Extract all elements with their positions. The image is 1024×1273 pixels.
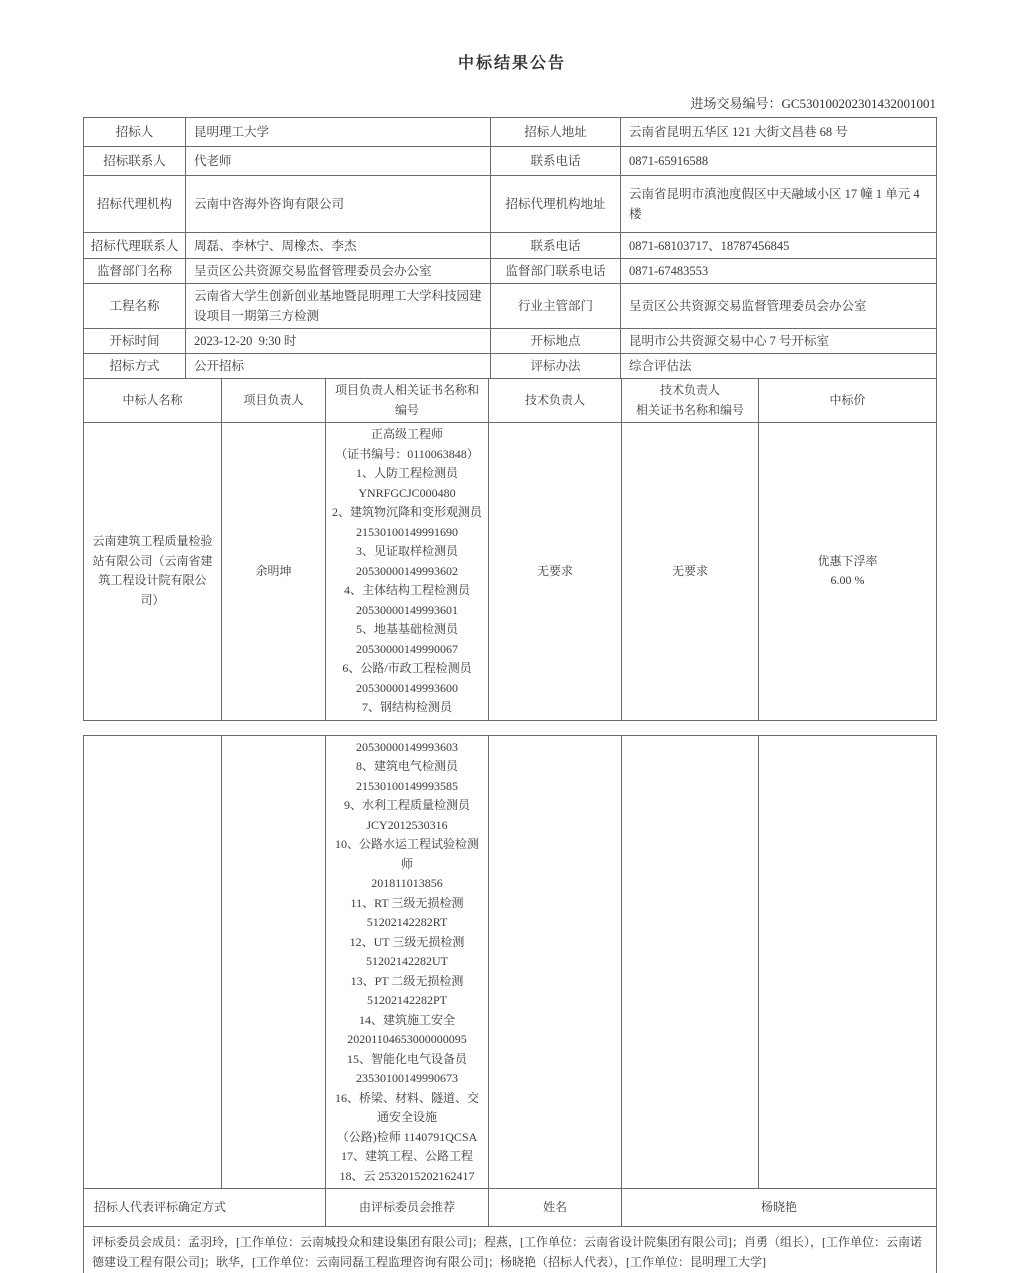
info-value: 呈贡区公共资源交易监督管理委员会办公室	[621, 284, 937, 329]
winner-name-continued	[84, 735, 222, 1189]
bid-result-table: 中标人名称 项目负责人 项目负责人相关证书名称和编号 技术负责人 技术负责人 相…	[83, 378, 937, 721]
info-value: 0871-67483553	[621, 259, 937, 284]
info-value: 云南中咨海外咨询有限公司	[186, 176, 491, 233]
info-row: 监督部门名称 呈贡区公共资源交易监督管理委员会办公室 监督部门联系电话 0871…	[84, 259, 937, 284]
info-value: 代老师	[186, 147, 491, 176]
info-label: 开标地点	[491, 329, 621, 354]
info-row: 招标联系人 代老师 联系电话 0871-65916588	[84, 147, 937, 176]
page-break-gap	[0, 721, 1024, 735]
info-label: 行业主管部门	[491, 284, 621, 329]
col-header-bid-price: 中标价	[759, 379, 937, 423]
bid-price: 优惠下浮率 6.00 %	[759, 423, 937, 721]
winner-row-continued: 20530000149993603 8、建筑电气检测员 215301001499…	[84, 735, 937, 1189]
method-value: 由评标委员会推荐	[326, 1189, 489, 1227]
determination-method-row: 招标人代表评标确定方式 由评标委员会推荐 姓名 杨晓艳	[84, 1189, 937, 1227]
committee-row: 评标委员会成员：孟羽玲，[工作单位：云南城投众和建设集团有限公司]；程燕，[工作…	[84, 1227, 937, 1273]
info-value: 周磊、李林宁、周橡杰、李杰	[186, 233, 491, 259]
bid-price-continued	[759, 735, 937, 1189]
col-header-tech-certificate: 技术负责人 相关证书名称和编号	[622, 379, 759, 423]
info-value: 0871-68103717、18787456845	[621, 233, 937, 259]
info-label: 开标时间	[84, 329, 186, 354]
trade-number: 进场交易编号：GC530100202301432001001	[83, 93, 936, 112]
committee-members: 评标委员会成员：孟羽玲，[工作单位：云南城投众和建设集团有限公司]；程燕，[工作…	[84, 1227, 937, 1273]
name-label: 姓名	[489, 1189, 622, 1227]
info-label: 工程名称	[84, 284, 186, 329]
tech-certificates: 无要求	[622, 423, 759, 721]
col-header-project-manager: 项目负责人	[222, 379, 326, 423]
info-label: 监督部门联系电话	[491, 259, 621, 284]
info-label: 招标人地址	[491, 118, 621, 147]
name-value: 杨晓艳	[622, 1189, 937, 1227]
info-label: 联系电话	[491, 233, 621, 259]
info-value: 云南省大学生创新创业基地暨昆明理工大学科技园建设项目一期第三方检测	[186, 284, 491, 329]
col-header-pm-certificate: 项目负责人相关证书名称和编号	[326, 379, 489, 423]
winner-row: 云南建筑工程质量检验站有限公司（云南省建筑工程设计院有限公司） 余明坤 正高级工…	[84, 423, 937, 721]
info-label: 招标方式	[84, 354, 186, 379]
info-value: 云南省昆明五华区 121 大街文昌巷 68 号	[621, 118, 937, 147]
info-label: 招标人	[84, 118, 186, 147]
info-value: 昆明理工大学	[186, 118, 491, 147]
col-header-winner: 中标人名称	[84, 379, 222, 423]
project-manager-continued	[222, 735, 326, 1189]
tech-manager-continued	[489, 735, 622, 1189]
pm-certificates-continued: 20530000149993603 8、建筑电气检测员 215301001499…	[326, 735, 489, 1189]
tech-certificates-continued	[622, 735, 759, 1189]
info-value: 2023-12-20 9:30 时	[186, 329, 491, 354]
col-header-tech-manager: 技术负责人	[489, 379, 622, 423]
info-label: 评标办法	[491, 354, 621, 379]
info-row: 工程名称 云南省大学生创新创业基地暨昆明理工大学科技园建设项目一期第三方检测 行…	[84, 284, 937, 329]
pm-certificates: 正高级工程师 （证书编号：0110063848） 1、人防工程检测员 YNRFG…	[326, 423, 489, 721]
info-value: 呈贡区公共资源交易监督管理委员会办公室	[186, 259, 491, 284]
tech-manager: 无要求	[489, 423, 622, 721]
info-value: 0871-65916588	[621, 147, 937, 176]
info-table: 招标人 昆明理工大学 招标人地址 云南省昆明五华区 121 大街文昌巷 68 号…	[83, 117, 937, 379]
info-label: 联系电话	[491, 147, 621, 176]
info-value: 公开招标	[186, 354, 491, 379]
info-row: 开标时间 2023-12-20 9:30 时 开标地点 昆明市公共资源交易中心 …	[84, 329, 937, 354]
bid-result-table-continued: 20530000149993603 8、建筑电气检测员 215301001499…	[83, 735, 937, 1273]
document-page: 中标结果公告 进场交易编号：GC530100202301432001001 招标…	[0, 0, 1024, 1273]
bid-header-row: 中标人名称 项目负责人 项目负责人相关证书名称和编号 技术负责人 技术负责人 相…	[84, 379, 937, 423]
info-label: 招标代理机构	[84, 176, 186, 233]
info-label: 监督部门名称	[84, 259, 186, 284]
winner-name: 云南建筑工程质量检验站有限公司（云南省建筑工程设计院有限公司）	[84, 423, 222, 721]
method-label: 招标人代表评标确定方式	[84, 1189, 326, 1227]
info-row: 招标代理机构 云南中咨海外咨询有限公司 招标代理机构地址 云南省昆明市滇池度假区…	[84, 176, 937, 233]
info-label: 招标代理机构地址	[491, 176, 621, 233]
info-row: 招标人 昆明理工大学 招标人地址 云南省昆明五华区 121 大街文昌巷 68 号	[84, 118, 937, 147]
info-label: 招标代理联系人	[84, 233, 186, 259]
info-value: 云南省昆明市滇池度假区中天融域小区 17 幢 1 单元 4 楼	[621, 176, 937, 233]
project-manager: 余明坤	[222, 423, 326, 721]
info-row: 招标方式 公开招标 评标办法 综合评估法	[84, 354, 937, 379]
page-title: 中标结果公告	[0, 0, 1024, 73]
info-value: 昆明市公共资源交易中心 7 号开标室	[621, 329, 937, 354]
info-row: 招标代理联系人 周磊、李林宁、周橡杰、李杰 联系电话 0871-68103717…	[84, 233, 937, 259]
info-value: 综合评估法	[621, 354, 937, 379]
info-label: 招标联系人	[84, 147, 186, 176]
